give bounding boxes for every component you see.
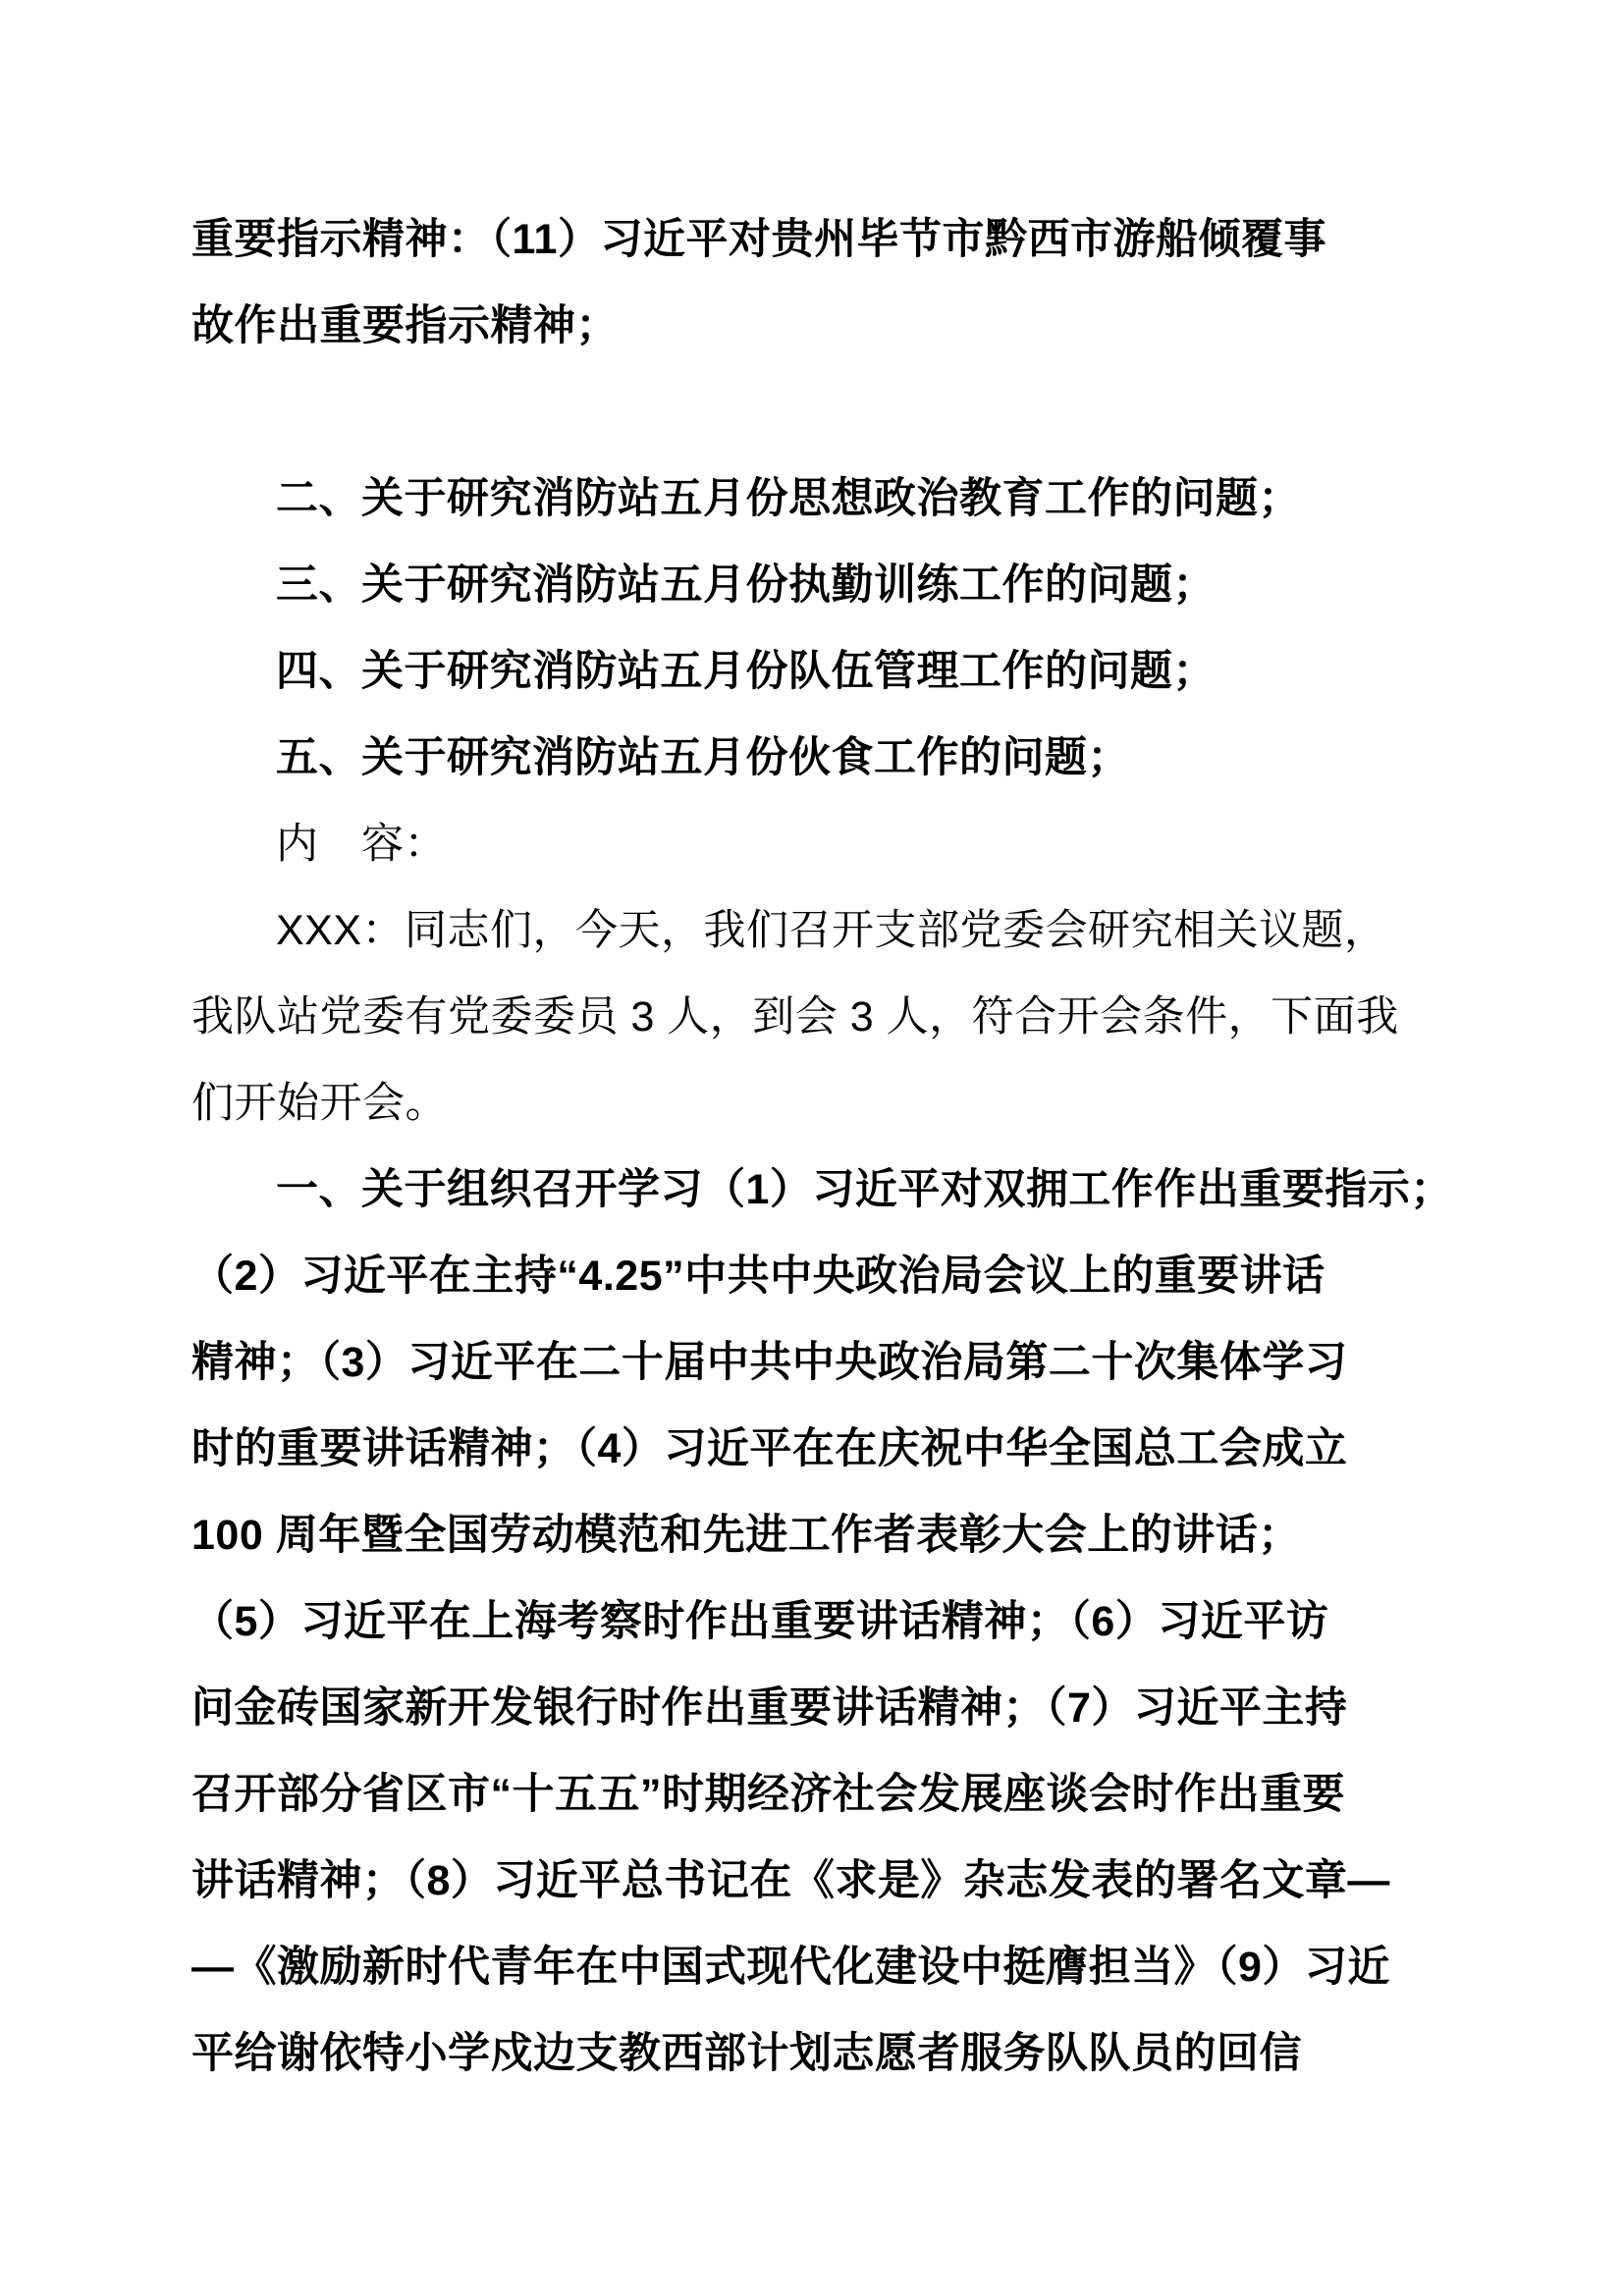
- text-line: 精神；（3）习近平在二十届中共中央政治局第二十次集体学习: [191, 1319, 1441, 1406]
- text-line: 二、关于研究消防站五月份思想政治教育工作的问题；: [191, 455, 1441, 542]
- text-line: 内 容：: [191, 801, 1441, 887]
- document-body: 重要指示精神：（11）习近平对贵州毕节市黔西市游船倾覆事故作出重要指示精神； 二…: [191, 196, 1441, 2097]
- blank-line: [191, 369, 1441, 455]
- text-line: 三、关于研究消防站五月份执勤训练工作的问题；: [191, 542, 1441, 628]
- text-line: 故作出重要指示精神；: [191, 283, 1441, 369]
- text-line: 四、关于研究消防站五月份队伍管理工作的问题；: [191, 628, 1441, 715]
- text-line: XXX：同志们，今天，我们召开支部党委会研究相关议题，: [191, 887, 1441, 974]
- text-line: 一、关于组织召开学习（1）习近平对双拥工作作出重要指示；: [191, 1147, 1441, 1233]
- text-line: （2）习近平在主持“4.25”中共中央政治局会议上的重要讲话: [191, 1233, 1441, 1319]
- text-line: 召开部分省区市“十五五”时期经济社会发展座谈会时作出重要: [191, 1751, 1441, 1838]
- text-line: 重要指示精神：（11）习近平对贵州毕节市黔西市游船倾覆事: [191, 196, 1441, 283]
- text-line: 们开始开会。: [191, 1060, 1441, 1147]
- text-line: 我队站党委有党委委员 3 人，到会 3 人，符合开会条件，下面我: [191, 974, 1441, 1060]
- text-line: 时的重要讲话精神；（4）习近平在在庆祝中华全国总工会成立: [191, 1406, 1441, 1492]
- text-line: （5）习近平在上海考察时作出重要讲话精神；（6）习近平访: [191, 1578, 1441, 1665]
- text-line: 问金砖国家新开发银行时作出重要讲话精神；（7）习近平主持: [191, 1665, 1441, 1751]
- text-line: 五、关于研究消防站五月份伙食工作的问题；: [191, 715, 1441, 801]
- text-line: —《激励新时代青年在中国式现代化建设中挺膺担当》（9）习近: [191, 1924, 1441, 2010]
- text-line: 平给谢依特小学戍边支教西部计划志愿者服务队队员的回信: [191, 2010, 1441, 2097]
- text-line: 讲话精神；（8）习近平总书记在《求是》杂志发表的署名文章—: [191, 1838, 1441, 1924]
- text-line: 100 周年暨全国劳动模范和先进工作者表彰大会上的讲话；: [191, 1492, 1441, 1578]
- document-page: 重要指示精神：（11）习近平对贵州毕节市黔西市游船倾覆事故作出重要指示精神； 二…: [0, 0, 1623, 2296]
